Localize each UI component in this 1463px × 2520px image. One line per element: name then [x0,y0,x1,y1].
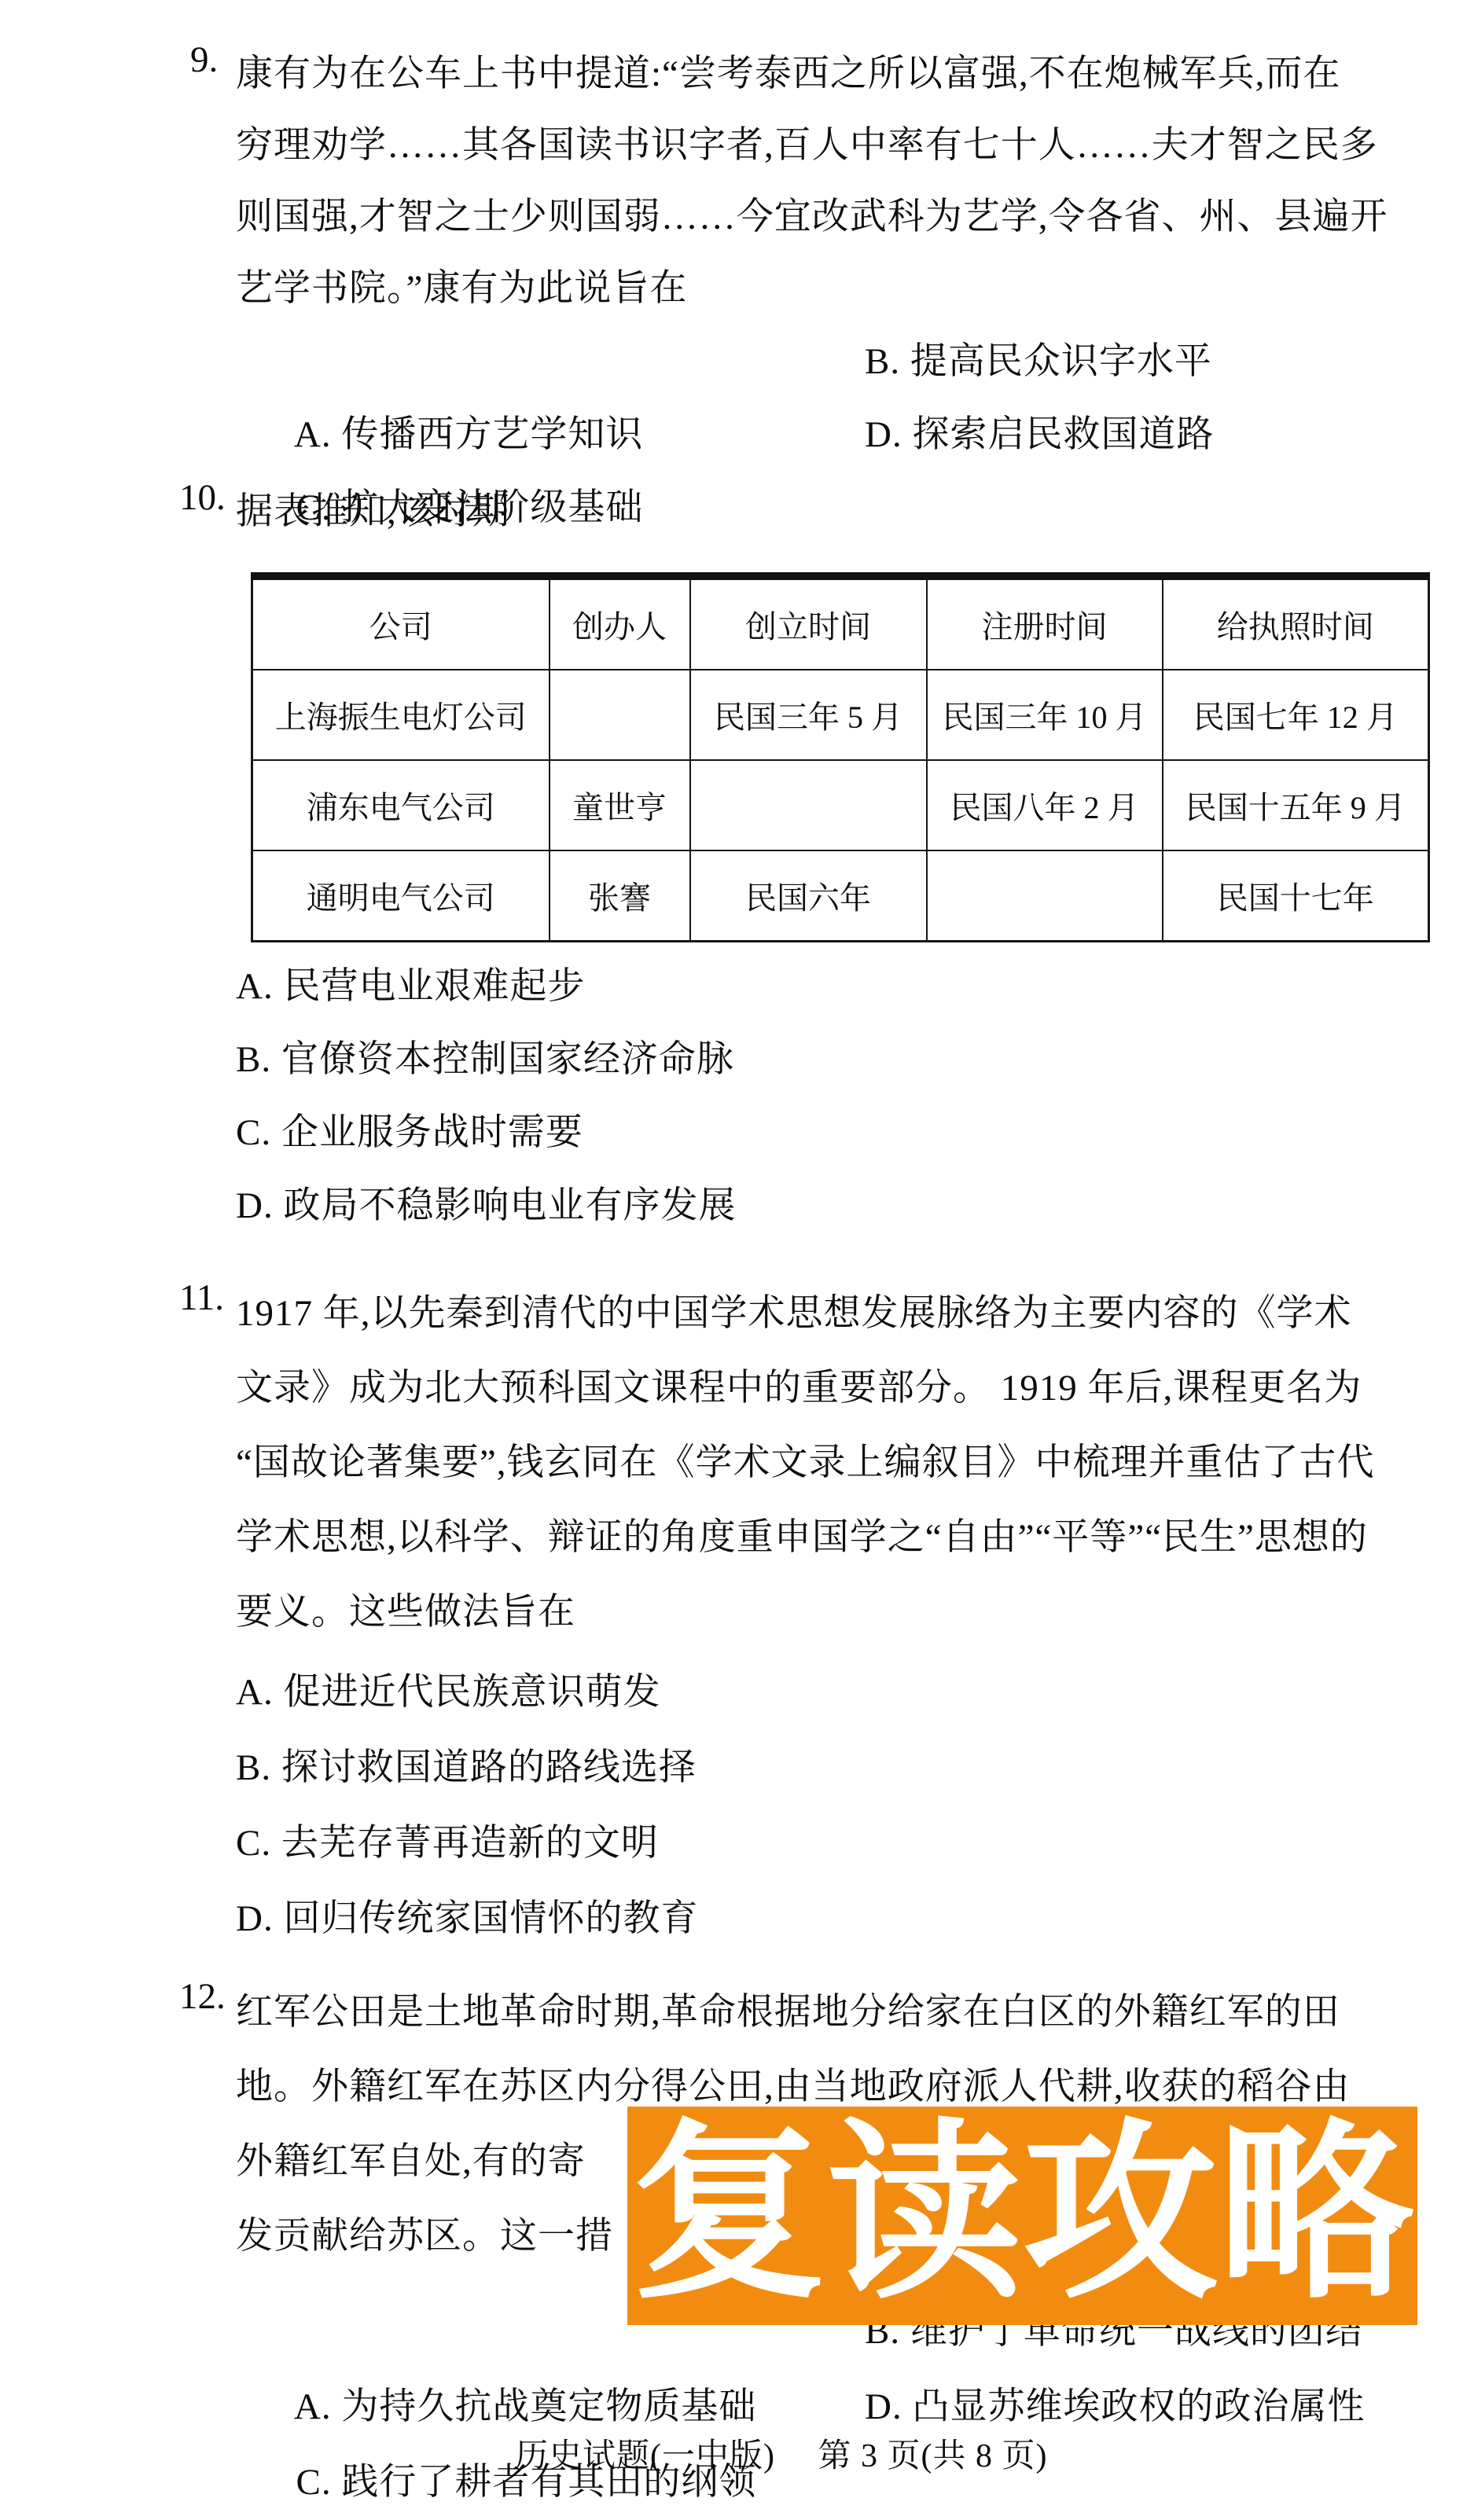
question-12-option-d: D. 凸显苏维埃政权的政治属性 [865,2369,1365,2445]
question-10-option-b: B. 官僚资本控制国家经济命脉 [236,1023,736,1097]
question-11-line-1: 1917 年,以先秦到清代的中国学术思想发展脉络为主要内容的《学术 [236,1277,1374,1351]
page-footer: 历史试题(一中版) 第 3 页(共 8 页) [515,2437,1047,2476]
question-9-line-4: 艺学书院。”康有为此说旨在 [236,253,1388,325]
question-9-line-2: 穷理劝学……其各国读书识字者,百人中率有七十人……夫才智之民多 [236,110,1388,182]
table-header-row: 公司 创办人 创立时间 注册时间 给执照时间 [252,576,1429,670]
question-11-line-5: 要义。这些做法旨在 [236,1575,1374,1650]
question-12-line-1: 红军公田是土地革命时期,革命根据地分给家在白区的外籍红军的田 [236,1975,1351,2050]
question-10-stem: 据表推知,该时期 [236,476,510,548]
table-cell: 张謇 [550,850,690,942]
table-cell [550,670,690,760]
table-cell: 民国六年 [690,850,927,942]
question-11-line-3: “国故论著集要”,钱玄同在《学术文录上编叙目》中梳理并重估了古代 [236,1426,1374,1501]
table-row: 上海振生电灯公司 民国三年 5 月 民国三年 10 月 民国七年 12 月 [252,670,1429,760]
question-11-option-b: B. 探讨救国道路的路线选择 [236,1730,698,1806]
question-11-line-4: 学术思想,以科学、辩证的角度重申国学之“自由”“平等”“民生”思想的 [236,1501,1374,1575]
question-9-number: 9. [190,39,218,81]
question-11-number: 11. [179,1277,224,1319]
question-9-options-row-2: C. 扩大变法阶级基础 D. 探索启民救国道路 [236,399,643,472]
question-11-option-d: D. 回归传统家国情怀的教育 [236,1881,698,1956]
question-9-options: A. 传播西方艺学知识 B. 提高民众识字水平 C. 扩大变法阶级基础 D. 探… [236,325,643,472]
table-cell: 民国七年 12 月 [1163,670,1429,760]
question-10-options: A. 民营电业艰难起步 B. 官僚资本控制国家经济命脉 C. 企业服务战时需要 … [236,950,736,1243]
table-cell: 童世亨 [550,760,690,850]
table-cell: 民国八年 2 月 [927,760,1163,850]
table-header-registration-time: 注册时间 [927,576,1163,670]
table-row: 浦东电气公司 童世亨 民国八年 2 月 民国十五年 9 月 [252,760,1429,850]
table-cell [927,850,1163,942]
table-cell: 民国三年 10 月 [927,670,1163,760]
table-header-company: 公司 [252,576,550,670]
question-10: 10. 据表推知,该时期 [236,476,510,548]
question-9: 9. 康有为在公车上书中提道:“尝考泰西之所以富强,不在炮械军兵,而在 穷理劝学… [236,39,1388,325]
table-header-license-time: 给执照时间 [1163,576,1429,670]
question-9-option-d: D. 探索启民救国道路 [865,399,1214,472]
table-cell: 民国三年 5 月 [690,670,927,760]
table-cell [690,760,927,850]
table-cell: 上海振生电灯公司 [252,670,550,760]
table-header-founding-time: 创立时间 [690,576,927,670]
watermark-stamp: 复读攻略 [627,2107,1417,2325]
question-9-option-b: B. 提高民众识字水平 [865,325,1212,399]
table-header-founder: 创办人 [550,576,690,670]
table-row: 通明电气公司 张謇 民国六年 民国十七年 [252,850,1429,942]
question-10-option-a: A. 民营电业艰难起步 [236,950,736,1023]
question-12-options-row-2: C. 践行了耕者有其田的纲领 D. 凸显苏维埃政权的政治属性 [236,2369,756,2445]
question-10-option-d: D. 政局不稳影响电业有序发展 [236,1170,736,1243]
table-cell: 浦东电气公司 [252,760,550,850]
watermark-text: 复读攻略 [627,2107,1417,2320]
question-9-options-row-1: A. 传播西方艺学知识 B. 提高民众识字水平 [236,325,643,399]
question-10-table: 公司 创办人 创立时间 注册时间 给执照时间 上海振生电灯公司 民国三年 5 月… [251,572,1430,942]
table-cell: 民国十五年 9 月 [1163,760,1429,850]
exam-paper-page: 9. 康有为在公车上书中提道:“尝考泰西之所以富强,不在炮械军兵,而在 穷理劝学… [0,0,1463,2520]
question-11-options: A. 促进近代民族意识萌发 B. 探讨救国道路的路线选择 C. 去芜存菁再造新的… [236,1655,698,1956]
question-9-line-3: 则国强,才智之士少则国弱……今宜改武科为艺学,令各省、州、县遍开 [236,182,1388,253]
question-12-number: 12. [179,1975,226,2018]
question-11-line-2: 文录》成为北大预科国文课程中的重要部分。 1919 年后,课程更名为 [236,1351,1374,1426]
question-11-option-c: C. 去芜存菁再造新的文明 [236,1806,698,1881]
table-cell: 通明电气公司 [252,850,550,942]
question-10-number: 10. [179,476,226,519]
table-cell: 民国十七年 [1163,850,1429,942]
question-11-option-a: A. 促进近代民族意识萌发 [236,1655,698,1730]
question-10-option-c: C. 企业服务战时需要 [236,1097,736,1170]
question-11: 11. 1917 年,以先秦到清代的中国学术思想发展脉络为主要内容的《学术 文录… [236,1277,1374,1650]
question-9-line-1: 康有为在公车上书中提道:“尝考泰西之所以富强,不在炮械军兵,而在 [236,39,1388,110]
